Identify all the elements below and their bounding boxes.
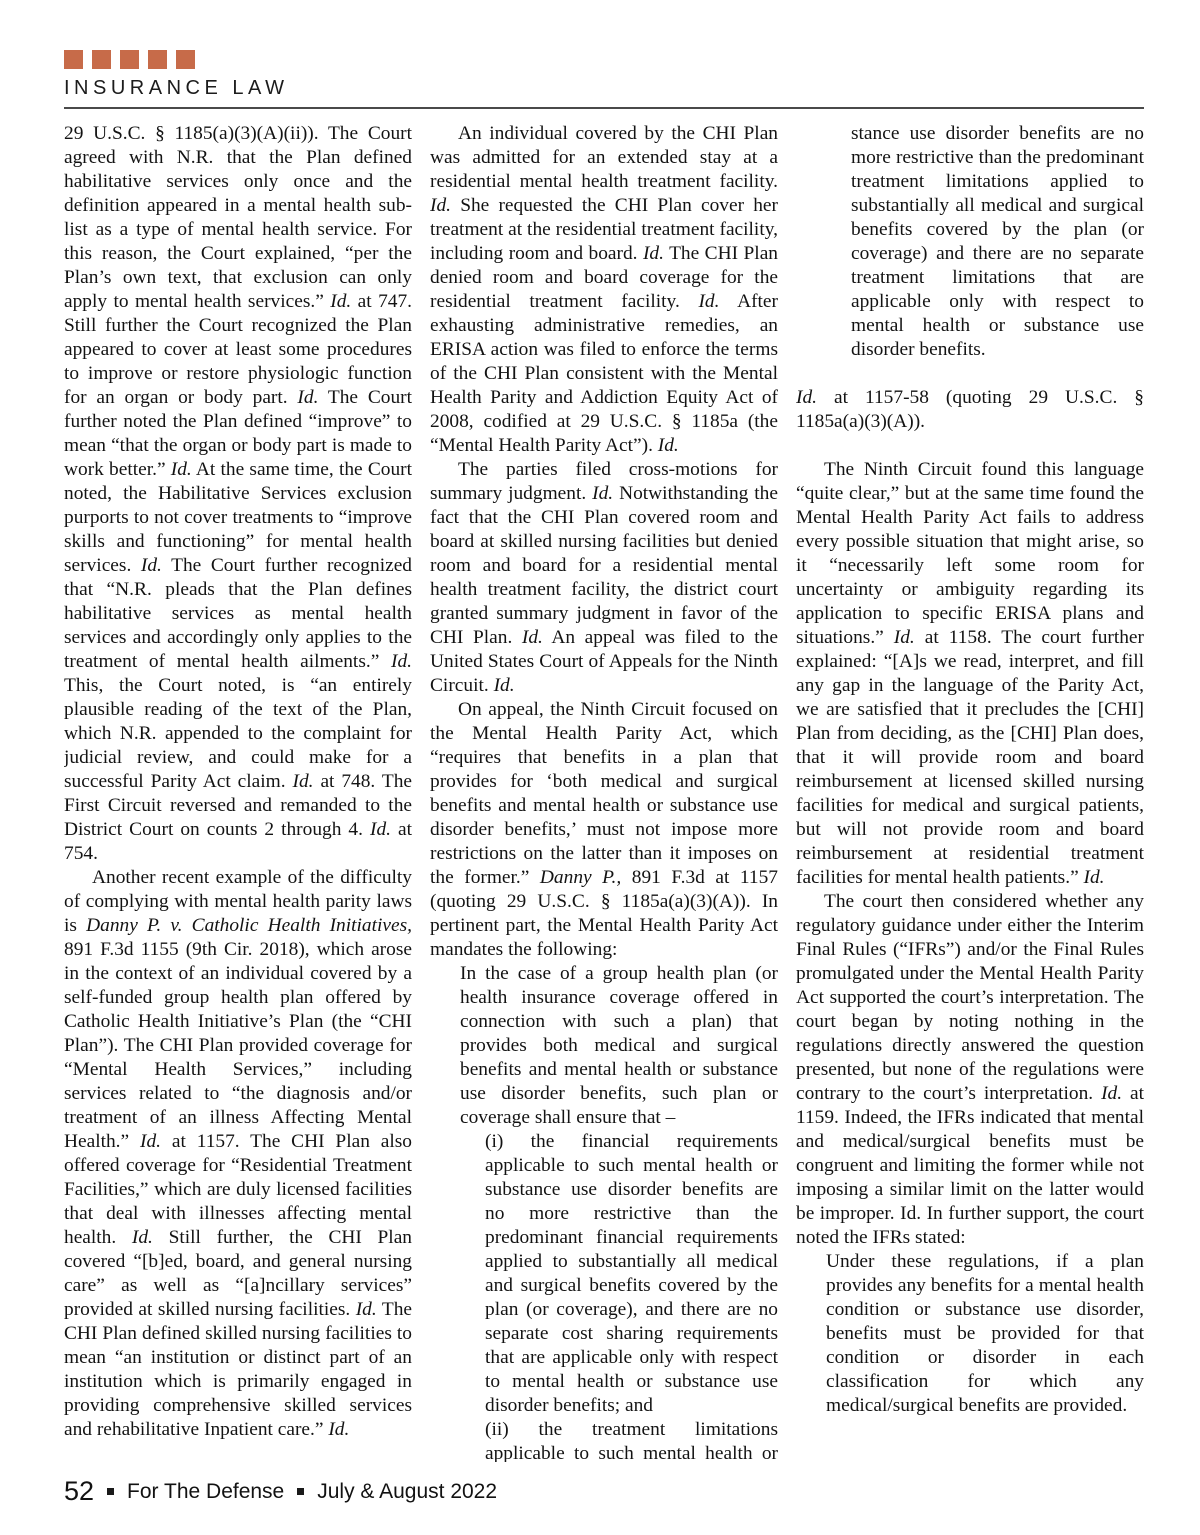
- block-quote: stance use disorder benefits are no more…: [851, 122, 1144, 362]
- issue-date: July & August 2022: [317, 1481, 497, 1503]
- accent-square-icon: [92, 50, 111, 69]
- accent-squares: [64, 50, 1144, 69]
- paragraph: Another recent example of the difficulty…: [64, 866, 412, 1442]
- paragraph: An individual covered by the CHI Plan wa…: [430, 122, 778, 458]
- column-3: stance use disorder benefits are no more…: [796, 122, 1144, 1462]
- page-footer: 52 For The Defense July & August 2022: [64, 1478, 497, 1505]
- header-rule: [64, 107, 1144, 109]
- footer-bullet-icon: [297, 1488, 304, 1495]
- block-quote: (ii) the treatment limitations applicabl…: [485, 1418, 778, 1462]
- column-1: 29 U.S.C. § 1185(a)(3)(A)(ii)). The Cour…: [64, 122, 412, 1462]
- article-body: 29 U.S.C. § 1185(a)(3)(A)(ii)). The Cour…: [64, 122, 1144, 1462]
- section-title: INSURANCE LAW: [64, 77, 1144, 100]
- accent-square-icon: [64, 50, 83, 69]
- accent-square-icon: [148, 50, 167, 69]
- paragraph: The court then considered whether any re…: [796, 890, 1144, 1250]
- paragraph: The parties filed cross-motions for summ…: [430, 458, 778, 698]
- paragraph: Id. at 1157-58 (quoting 29 U.S.C. § 1185…: [796, 386, 1144, 434]
- magazine-page: INSURANCE LAW 29 U.S.C. § 1185(a)(3)(A)(…: [0, 0, 1200, 1535]
- block-quote: (i) the financial requirements applicabl…: [485, 1130, 778, 1418]
- accent-square-icon: [120, 50, 139, 69]
- footer-bullet-icon: [107, 1488, 114, 1495]
- paragraph: On appeal, the Ninth Circuit focused on …: [430, 698, 778, 962]
- block-quote: In the case of a group health plan (or h…: [460, 962, 778, 1130]
- column-2: An individual covered by the CHI Plan wa…: [430, 122, 778, 1462]
- publication-name: For The Defense: [127, 1481, 284, 1503]
- block-quote: Under these regulations, if a plan provi…: [826, 1250, 1144, 1418]
- section-header: INSURANCE LAW: [64, 50, 1144, 109]
- accent-square-icon: [176, 50, 195, 69]
- page-number: 52: [64, 1478, 94, 1505]
- paragraph: 29 U.S.C. § 1185(a)(3)(A)(ii)). The Cour…: [64, 122, 412, 866]
- paragraph: The Ninth Circuit found this language “q…: [796, 458, 1144, 890]
